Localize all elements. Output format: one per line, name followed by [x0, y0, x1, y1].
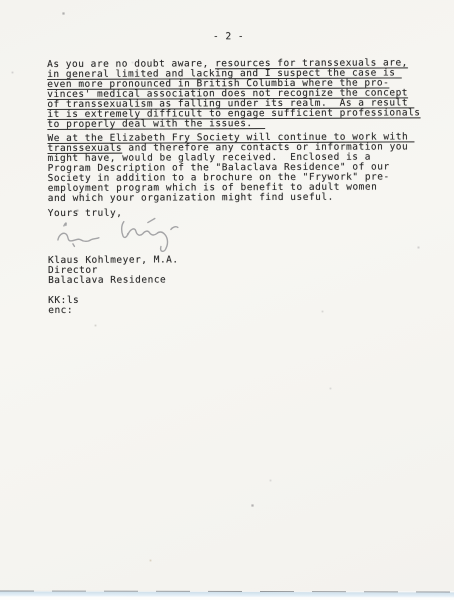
letter-content: - 2 - As you are no doubt aware, resourc…: [47, 31, 443, 315]
scan-edge-highlight: [0, 592, 454, 598]
letter-body: As you are no doubt aware, resources for…: [47, 59, 443, 316]
signature-handwriting: [52, 215, 212, 260]
typed-text: enc:: [48, 305, 73, 316]
signature-area: [48, 218, 443, 257]
letter-line: enc:: [48, 304, 443, 316]
typed-text: Balaclava Residence: [48, 275, 166, 287]
paper-specks: [0, 0, 1, 1]
letter-line: Balaclava Residence: [48, 274, 443, 286]
letter-line: to properly deal with the issues.: [47, 118, 442, 130]
typed-text: and which your organization might find u…: [48, 191, 334, 203]
letter-line: and which your organization might find u…: [48, 192, 443, 204]
underlined-text: to properly deal with the issues.: [47, 118, 265, 130]
